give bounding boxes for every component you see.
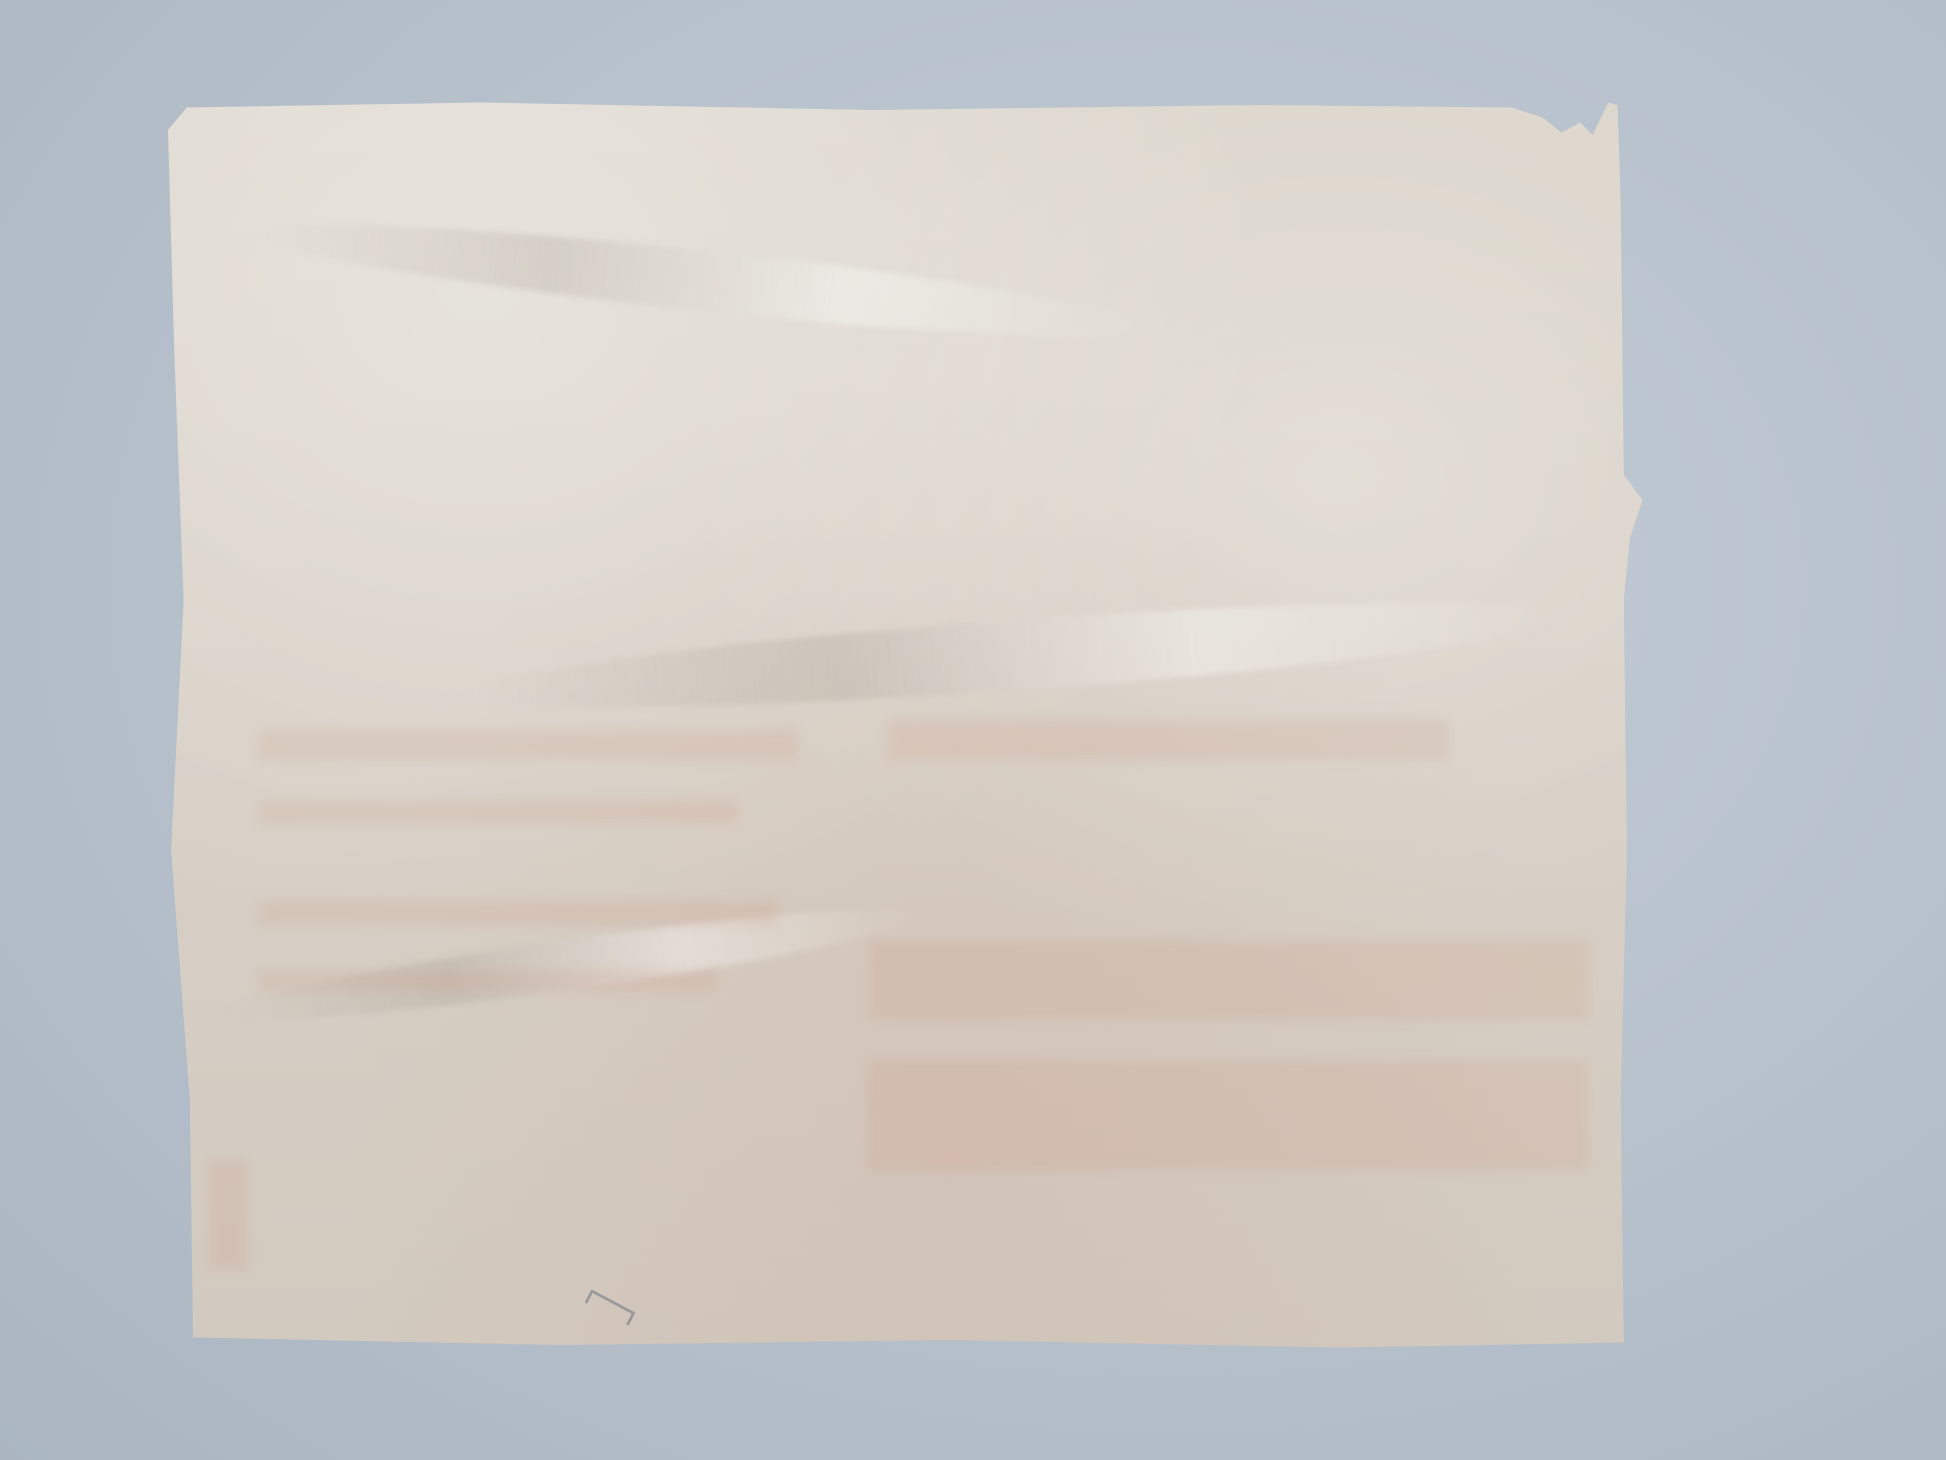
paper-crease [247, 203, 1148, 357]
print-show-through [258, 900, 778, 926]
background-surface [0, 0, 1946, 1460]
print-show-through [258, 730, 798, 760]
print-show-through [868, 1060, 1588, 1170]
print-show-through [868, 940, 1588, 1020]
print-show-through [888, 720, 1448, 760]
paper-sheet [168, 100, 1730, 1350]
paper-crease [467, 582, 1569, 729]
print-show-through [258, 970, 718, 992]
print-show-through [208, 1160, 248, 1270]
print-show-through [258, 800, 738, 824]
